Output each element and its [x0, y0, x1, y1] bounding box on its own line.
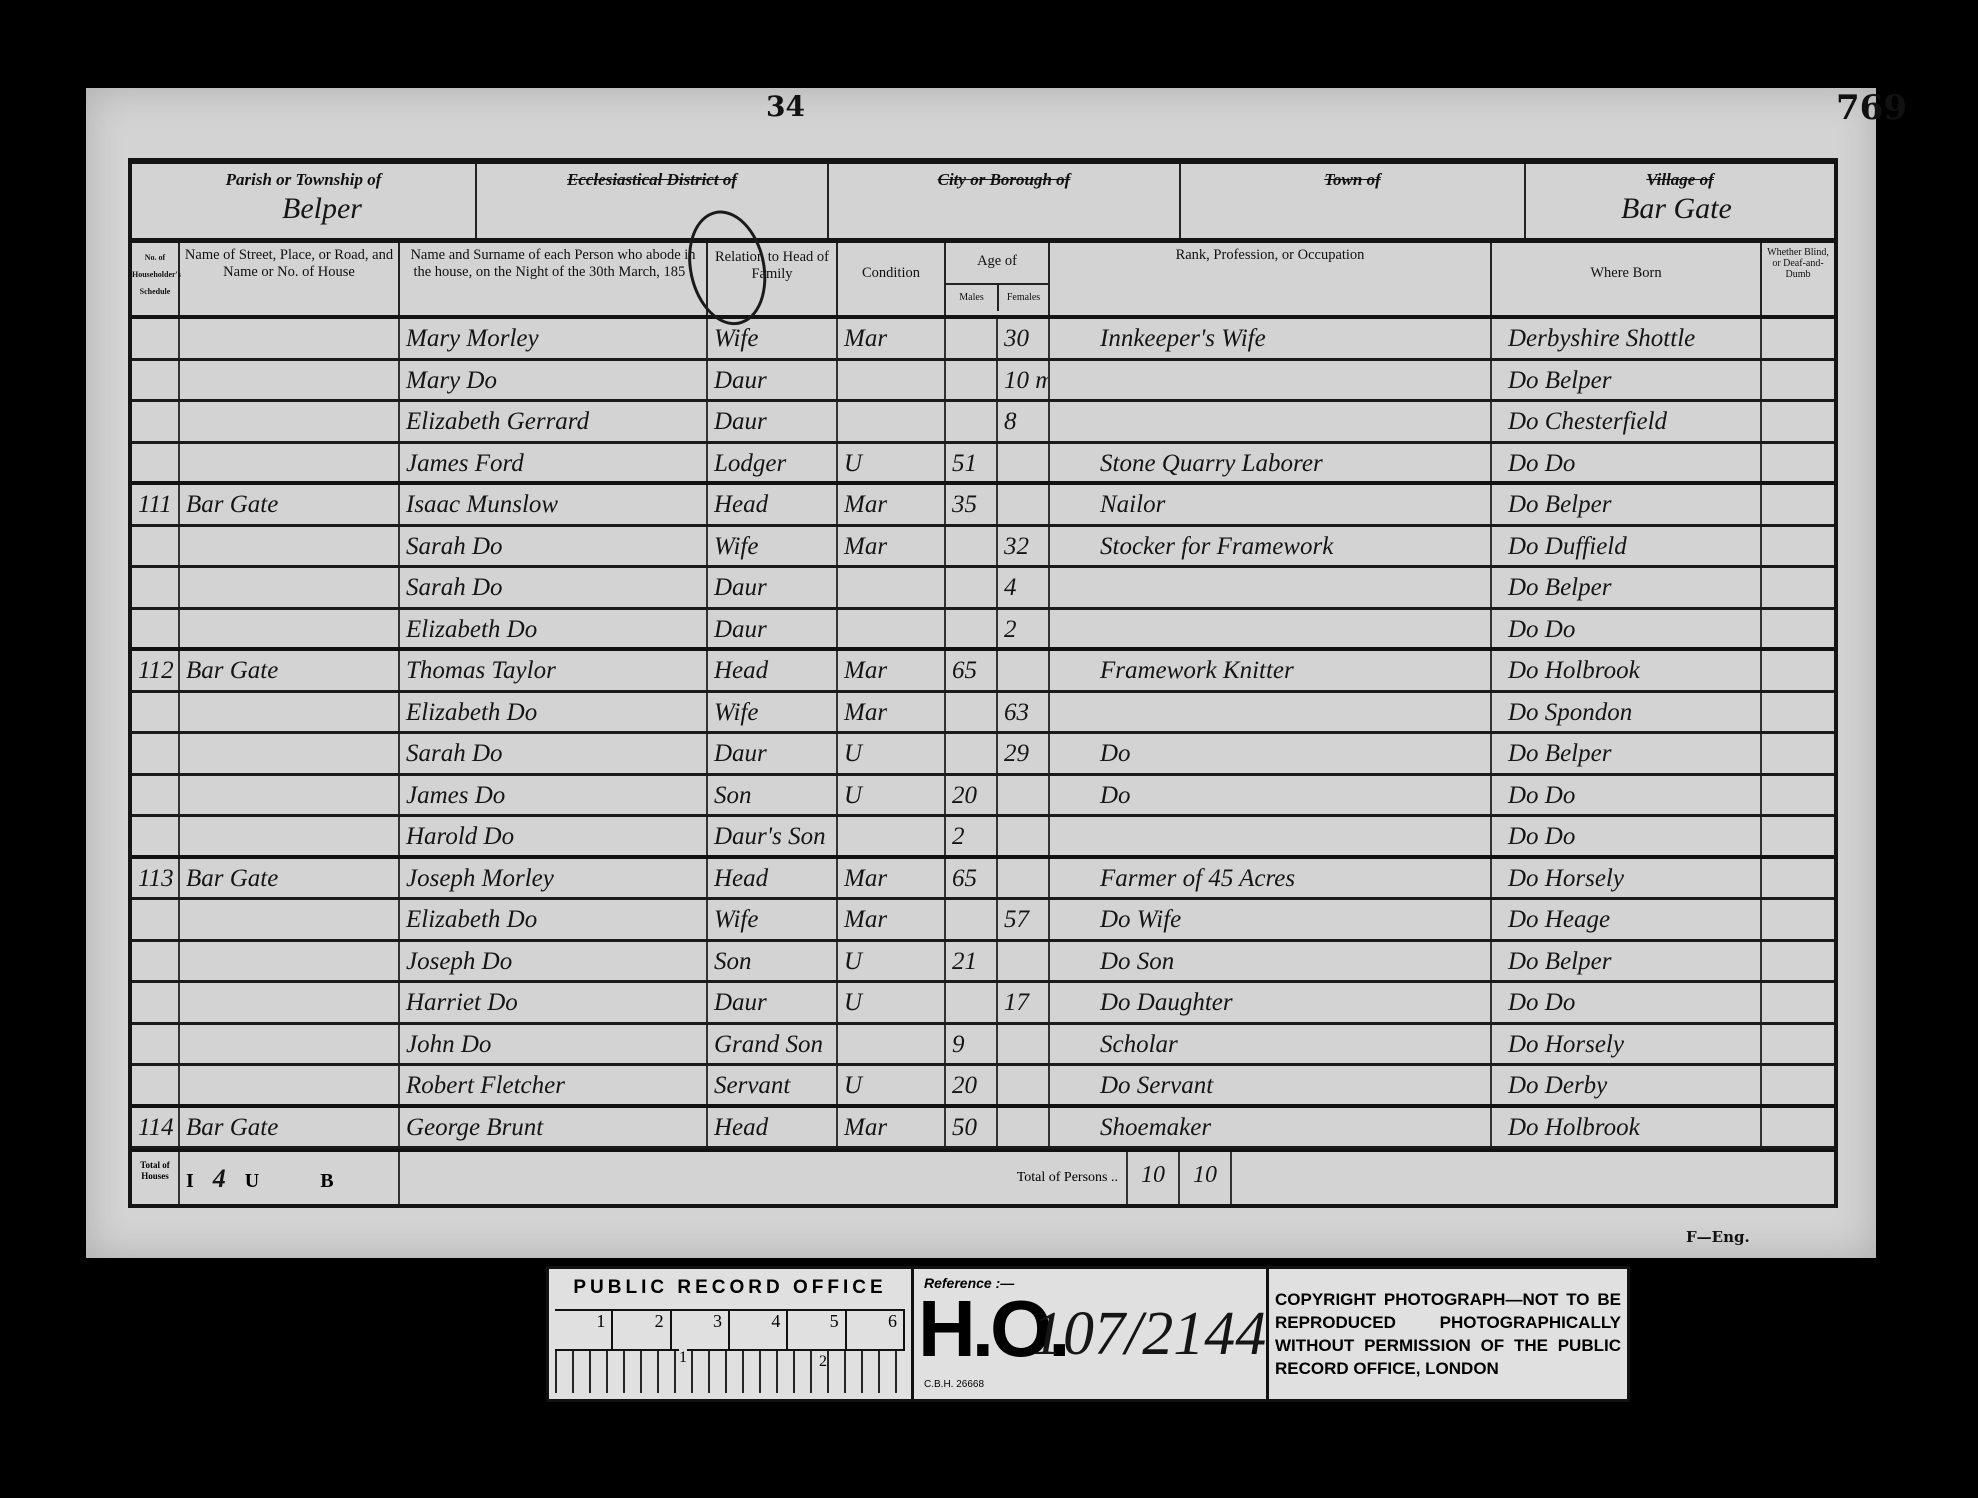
where-born: Do Spondon [1492, 693, 1762, 732]
person-name: Harold Do [400, 817, 708, 855]
age-female: 63 [998, 693, 1050, 732]
relation: Head [708, 1108, 838, 1147]
person-name: Mary Morley [400, 319, 708, 358]
occupation [1050, 817, 1492, 855]
where-born: Do Derby [1492, 1066, 1762, 1104]
col-females: Females [999, 285, 1048, 311]
relation: Wife [708, 319, 838, 358]
occupation [1050, 568, 1492, 607]
street-name: Bar Gate [180, 651, 400, 690]
person-name: Elizabeth Do [400, 693, 708, 732]
street-name [180, 900, 400, 939]
age-male: 51 [946, 444, 998, 482]
schedule-number [132, 319, 180, 358]
relation: Daur [708, 568, 838, 607]
location-header: Parish or Township of Belper Ecclesiasti… [132, 164, 1834, 243]
age-female [998, 444, 1050, 482]
street-name [180, 568, 400, 607]
total-males: 10 [1128, 1152, 1180, 1204]
cbh-code: C.B.H. 26668 [924, 1379, 984, 1390]
condition [838, 610, 946, 648]
census-row: Sarah DoWifeMar32Stocker for FrameworkDo… [132, 527, 1834, 569]
age-female [998, 1025, 1050, 1064]
person-name: Elizabeth Do [400, 610, 708, 648]
entry-rows: Mary MorleyWifeMar30Innkeeper's WifeDerb… [132, 319, 1834, 1149]
where-born: Do Horsely [1492, 859, 1762, 898]
ruler-label: 2 [613, 1311, 671, 1349]
blind-deaf [1762, 693, 1834, 732]
age-male: 65 [946, 651, 998, 690]
occupation: Do Son [1050, 942, 1492, 981]
schedule-number [132, 610, 180, 648]
condition: Mar [838, 900, 946, 939]
office-ruler-section: PUBLIC RECORD OFFICE 1 2 3 4 5 6 1 2 [549, 1269, 914, 1399]
col-where-born: Where Born [1492, 243, 1762, 315]
blind-deaf [1762, 319, 1834, 358]
person-name: Harriet Do [400, 983, 708, 1022]
blind-deaf [1762, 485, 1834, 524]
where-born: Do Horsely [1492, 1025, 1762, 1064]
inhabited-value: 4 [213, 1164, 226, 1193]
age-male [946, 900, 998, 939]
village-value: Bar Gate [1621, 192, 1732, 226]
col-blind: Whether Blind, or Deaf-and-Dumb [1762, 243, 1834, 315]
schedule-number: 112 [132, 651, 180, 690]
street-name: Bar Gate [180, 485, 400, 524]
person-name: Thomas Taylor [400, 651, 708, 690]
street-name: Bar Gate [180, 1108, 400, 1147]
total-persons-label: Total of Persons .. [400, 1152, 1128, 1204]
occupation: Do Servant [1050, 1066, 1492, 1104]
ecclesiastical-cell: Ecclesiastical District of [477, 164, 829, 238]
street-name [180, 1066, 400, 1104]
col-age-label: Age of [946, 243, 1048, 285]
person-name: Isaac Munslow [400, 485, 708, 524]
condition: U [838, 942, 946, 981]
reference-number: 107/2144 [1032, 1299, 1266, 1370]
where-born: Do Duffield [1492, 527, 1762, 566]
blind-deaf [1762, 776, 1834, 815]
person-name: Mary Do [400, 361, 708, 400]
census-row: Elizabeth DoDaur2Do Do [132, 610, 1834, 652]
schedule-number [132, 444, 180, 482]
col-age: Age of Males Females [946, 243, 1050, 315]
street-name [180, 817, 400, 855]
schedule-number: 111 [132, 485, 180, 524]
age-female [998, 817, 1050, 855]
person-name: Elizabeth Do [400, 900, 708, 939]
blind-deaf [1762, 568, 1834, 607]
total-houses-label: Total of Houses [132, 1152, 180, 1204]
age-male [946, 734, 998, 773]
ruler-label: 5 [788, 1311, 846, 1349]
census-row: Sarah DoDaur4Do Belper [132, 568, 1834, 610]
blind-deaf [1762, 1025, 1834, 1064]
inhabited-label: I [186, 1170, 194, 1192]
col-name: Name and Surname of each Person who abod… [400, 243, 708, 315]
schedule-number [132, 527, 180, 566]
where-born: Do Belper [1492, 734, 1762, 773]
condition: Mar [838, 859, 946, 898]
where-born: Do Do [1492, 776, 1762, 815]
reference-section: Reference :— H.O. 107/2144 C.B.H. 26668 [914, 1269, 1269, 1399]
census-row: Elizabeth GerrardDaur8Do Chesterfield [132, 402, 1834, 444]
census-row: Joseph DoSonU21Do SonDo Belper [132, 942, 1834, 984]
person-name: George Brunt [400, 1108, 708, 1147]
age-male: 9 [946, 1025, 998, 1064]
relation: Daur [708, 610, 838, 648]
age-male [946, 402, 998, 441]
col-males: Males [946, 285, 999, 311]
schedule-number [132, 900, 180, 939]
occupation: Nailor [1050, 485, 1492, 524]
where-born: Do Belper [1492, 942, 1762, 981]
column-headers: No. of Householder's Schedule Name of St… [132, 243, 1834, 319]
condition: Mar [838, 693, 946, 732]
uninhabited-label: U [245, 1170, 259, 1192]
schedule-number [132, 693, 180, 732]
relation: Servant [708, 1066, 838, 1104]
house-counts: I 4 U B [180, 1152, 400, 1204]
where-born: Do Do [1492, 610, 1762, 648]
person-name: Elizabeth Gerrard [400, 402, 708, 441]
age-male: 50 [946, 1108, 998, 1147]
age-female [998, 859, 1050, 898]
schedule-number [132, 734, 180, 773]
where-born: Do Do [1492, 817, 1762, 855]
village-label: Village of [1526, 170, 1834, 190]
blind-deaf [1762, 859, 1834, 898]
ruler-ticks [555, 1351, 905, 1393]
ruler-label: 3 [672, 1311, 730, 1349]
age-female: 8 [998, 402, 1050, 441]
relation: Wife [708, 900, 838, 939]
relation: Daur [708, 361, 838, 400]
age-female: 2 [998, 610, 1050, 648]
building-label: B [320, 1170, 333, 1192]
age-male [946, 361, 998, 400]
blind-deaf [1762, 942, 1834, 981]
age-female [998, 1108, 1050, 1147]
ruler-bottom-label: 2 [819, 1353, 827, 1371]
ecclesiastical-label: Ecclesiastical District of [477, 170, 827, 190]
footer-mark: F—Eng. [1686, 1228, 1750, 1246]
occupation: Farmer of 45 Acres [1050, 859, 1492, 898]
condition [838, 402, 946, 441]
person-name: Sarah Do [400, 734, 708, 773]
occupation: Do [1050, 734, 1492, 773]
totals-blank [1232, 1152, 1834, 1204]
blind-deaf [1762, 651, 1834, 690]
condition: U [838, 776, 946, 815]
schedule-number [132, 1066, 180, 1104]
age-female: 32 [998, 527, 1050, 566]
town-cell: Town of [1181, 164, 1526, 238]
age-female: 30 [998, 319, 1050, 358]
blind-deaf [1762, 527, 1834, 566]
age-female [998, 485, 1050, 524]
occupation [1050, 610, 1492, 648]
relation: Grand Son [708, 1025, 838, 1064]
census-row: Harriet DoDaurU17Do DaughterDo Do [132, 983, 1834, 1025]
age-male [946, 568, 998, 607]
age-male: 21 [946, 942, 998, 981]
age-male [946, 610, 998, 648]
blind-deaf [1762, 817, 1834, 855]
occupation: Stone Quarry Laborer [1050, 444, 1492, 482]
age-male: 2 [946, 817, 998, 855]
occupation [1050, 402, 1492, 441]
age-male [946, 983, 998, 1022]
blind-deaf [1762, 734, 1834, 773]
parish-value: Belper [282, 192, 362, 226]
condition: Mar [838, 1108, 946, 1147]
occupation [1050, 693, 1492, 732]
col-schedule: No. of Householder's Schedule [132, 243, 180, 315]
blind-deaf [1762, 610, 1834, 648]
street-name [180, 1025, 400, 1064]
relation: Daur's Son [708, 817, 838, 855]
condition [838, 817, 946, 855]
relation: Daur [708, 402, 838, 441]
census-row: James DoSonU20DoDo Do [132, 776, 1834, 818]
schedule-number [132, 942, 180, 981]
where-born: Do Do [1492, 444, 1762, 482]
blind-deaf [1762, 444, 1834, 482]
relation: Head [708, 485, 838, 524]
office-name: PUBLIC RECORD OFFICE [549, 1269, 911, 1299]
street-name [180, 942, 400, 981]
copyright-notice: COPYRIGHT PHOTOGRAPH—NOT TO BE REPRODUCE… [1269, 1269, 1627, 1399]
ruler-label: 6 [847, 1311, 905, 1349]
condition: Mar [838, 319, 946, 358]
street-name [180, 776, 400, 815]
col-condition: Condition [838, 243, 946, 315]
col-street: Name of Street, Place, or Road, and Name… [180, 243, 400, 315]
person-name: John Do [400, 1025, 708, 1064]
condition: U [838, 444, 946, 482]
condition: Mar [838, 527, 946, 566]
where-born: Do Heage [1492, 900, 1762, 939]
relation: Head [708, 859, 838, 898]
occupation: Shoemaker [1050, 1108, 1492, 1147]
person-name: Sarah Do [400, 568, 708, 607]
occupation: Stocker for Framework [1050, 527, 1492, 566]
where-born: Do Belper [1492, 568, 1762, 607]
census-row: Robert FletcherServantU20Do ServantDo De… [132, 1066, 1834, 1108]
condition: Mar [838, 651, 946, 690]
schedule-number [132, 817, 180, 855]
relation: Wife [708, 693, 838, 732]
age-male [946, 693, 998, 732]
blind-deaf [1762, 900, 1834, 939]
where-born: Derbyshire Shottle [1492, 319, 1762, 358]
age-female: 29 [998, 734, 1050, 773]
city-label: City or Borough of [829, 170, 1179, 190]
relation: Lodger [708, 444, 838, 482]
relation: Wife [708, 527, 838, 566]
condition: U [838, 1066, 946, 1104]
parish-cell: Parish or Township of Belper [132, 164, 477, 238]
age-male: 65 [946, 859, 998, 898]
blind-deaf [1762, 1066, 1834, 1104]
where-born: Do Holbrook [1492, 1108, 1762, 1147]
ruler-bottom-label: 1 [679, 1349, 687, 1367]
occupation: Scholar [1050, 1025, 1492, 1064]
condition: U [838, 983, 946, 1022]
street-name [180, 693, 400, 732]
condition [838, 1025, 946, 1064]
blind-deaf [1762, 402, 1834, 441]
person-name: Robert Fletcher [400, 1066, 708, 1104]
condition: Mar [838, 485, 946, 524]
occupation: Do Wife [1050, 900, 1492, 939]
census-row: Mary DoDaur10 mDo Belper [132, 361, 1834, 403]
occupation: Framework Knitter [1050, 651, 1492, 690]
age-female [998, 1066, 1050, 1104]
street-name [180, 734, 400, 773]
census-row: 111Bar GateIsaac MunslowHeadMar35NailorD… [132, 485, 1834, 527]
ruler-top: 1 2 3 4 5 6 [555, 1309, 905, 1351]
town-label: Town of [1181, 170, 1524, 190]
occupation [1050, 361, 1492, 400]
census-row: 112Bar GateThomas TaylorHeadMar65Framewo… [132, 651, 1834, 693]
relation: Daur [708, 983, 838, 1022]
relation: Son [708, 776, 838, 815]
age-female: 57 [998, 900, 1050, 939]
where-born: Do Belper [1492, 361, 1762, 400]
census-row: 113Bar GateJoseph MorleyHeadMar65Farmer … [132, 859, 1834, 901]
age-female: 17 [998, 983, 1050, 1022]
where-born: Do Holbrook [1492, 651, 1762, 690]
schedule-number [132, 1025, 180, 1064]
age-female: 4 [998, 568, 1050, 607]
census-row: Mary MorleyWifeMar30Innkeeper's WifeDerb… [132, 319, 1834, 361]
record-office-ticket: PUBLIC RECORD OFFICE 1 2 3 4 5 6 1 2 Ref… [546, 1266, 1630, 1402]
relation: Daur [708, 734, 838, 773]
street-name [180, 319, 400, 358]
relation: Son [708, 942, 838, 981]
ruler-label: 1 [555, 1311, 613, 1349]
census-row: Elizabeth DoWifeMar57Do WifeDo Heage [132, 900, 1834, 942]
blind-deaf [1762, 361, 1834, 400]
where-born: Do Belper [1492, 485, 1762, 524]
age-male: 20 [946, 1066, 998, 1104]
street-name [180, 444, 400, 482]
totals-row: Total of Houses I 4 U B Total of Persons… [132, 1149, 1834, 1204]
schedule-number: 114 [132, 1108, 180, 1147]
condition [838, 568, 946, 607]
schedule-number [132, 568, 180, 607]
age-female [998, 942, 1050, 981]
person-name: Joseph Do [400, 942, 708, 981]
occupation: Innkeeper's Wife [1050, 319, 1492, 358]
schedule-number: 113 [132, 859, 180, 898]
blind-deaf [1762, 983, 1834, 1022]
schedule-number [132, 983, 180, 1022]
where-born: Do Do [1492, 983, 1762, 1022]
city-cell: City or Borough of [829, 164, 1181, 238]
census-row: Harold DoDaur's Son2Do Do [132, 817, 1834, 859]
condition [838, 361, 946, 400]
age-female [998, 651, 1050, 690]
parish-label: Parish or Township of [132, 170, 475, 190]
village-cell: Village of Bar Gate [1526, 164, 1834, 238]
census-row: 114Bar GateGeorge BruntHeadMar50Shoemake… [132, 1108, 1834, 1150]
street-name [180, 983, 400, 1022]
census-row: James FordLodgerU51Stone Quarry LaborerD… [132, 444, 1834, 486]
street-name: Bar Gate [180, 859, 400, 898]
age-female: 10 m [998, 361, 1050, 400]
age-male: 35 [946, 485, 998, 524]
condition: U [838, 734, 946, 773]
where-born: Do Chesterfield [1492, 402, 1762, 441]
age-female [998, 776, 1050, 815]
street-name [180, 402, 400, 441]
person-name: James Do [400, 776, 708, 815]
relation: Head [708, 651, 838, 690]
census-row: Sarah DoDaurU29DoDo Belper [132, 734, 1834, 776]
age-male: 20 [946, 776, 998, 815]
schedule-number [132, 776, 180, 815]
occupation: Do Daughter [1050, 983, 1492, 1022]
occupation: Do [1050, 776, 1492, 815]
schedule-number [132, 402, 180, 441]
street-name [180, 527, 400, 566]
person-name: Joseph Morley [400, 859, 708, 898]
age-male [946, 527, 998, 566]
folio-number: 34 [766, 90, 805, 123]
street-name [180, 610, 400, 648]
col-occupation: Rank, Profession, or Occupation [1050, 243, 1492, 315]
street-name [180, 361, 400, 400]
person-name: Sarah Do [400, 527, 708, 566]
person-name: James Ford [400, 444, 708, 482]
page-stamp-number: 769 [1836, 88, 1907, 128]
age-male [946, 319, 998, 358]
ruler-label: 4 [730, 1311, 788, 1349]
total-females: 10 [1180, 1152, 1232, 1204]
census-row: John DoGrand Son9ScholarDo Horsely [132, 1025, 1834, 1067]
blind-deaf [1762, 1108, 1834, 1147]
census-row: Elizabeth DoWifeMar63Do Spondon [132, 693, 1834, 735]
census-form: Parish or Township of Belper Ecclesiasti… [128, 158, 1838, 1208]
schedule-number [132, 361, 180, 400]
